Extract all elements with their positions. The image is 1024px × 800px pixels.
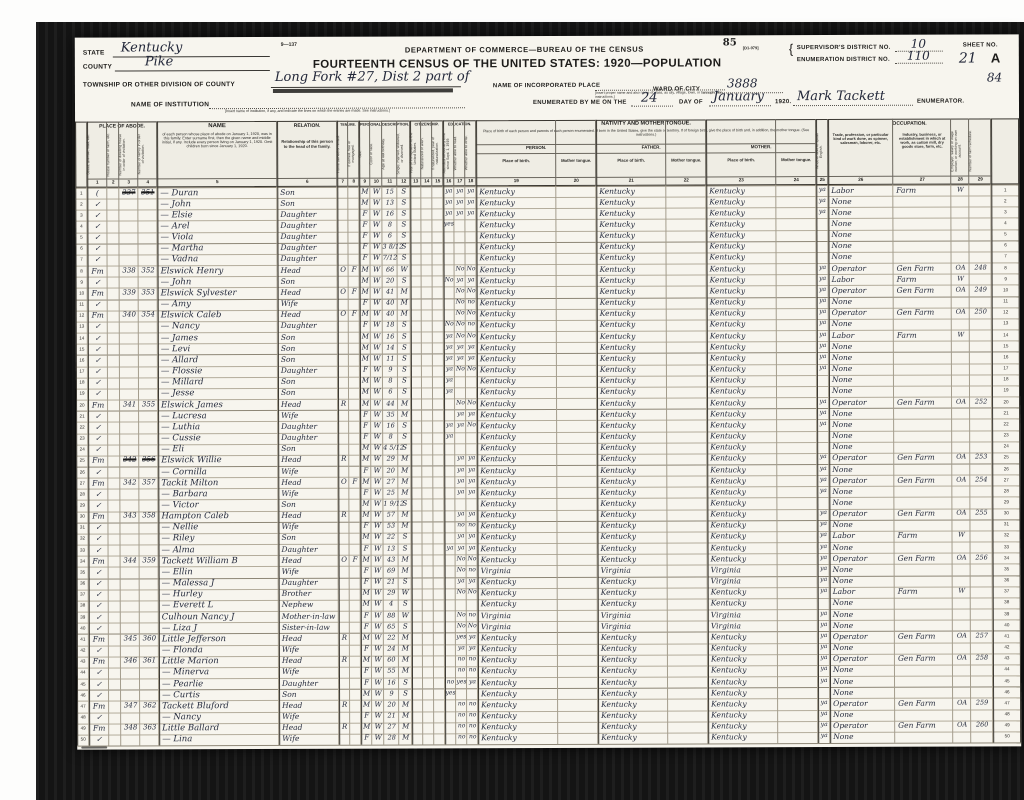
cell-en: ya: [817, 353, 829, 364]
cell-rd: ya: [455, 488, 466, 499]
cell-ag: 9: [383, 366, 398, 377]
cell-mb: Kentucky: [706, 219, 779, 230]
cell-mb: Kentucky: [707, 520, 780, 531]
cell-n_r: 20: [992, 399, 1020, 410]
cell-wr: ya: [465, 198, 476, 209]
cell-mk: ✓: [88, 378, 108, 389]
cell-sx: F: [361, 578, 372, 589]
cell-fb: Kentucky: [598, 666, 671, 677]
cell-ml: M: [398, 511, 411, 522]
cell-en: ya: [817, 453, 829, 464]
cell-sc: ya: [444, 377, 455, 388]
cell-mb: Kentucky: [708, 733, 781, 744]
cell-sx: F: [360, 522, 371, 533]
cell-pb: Kentucky: [477, 376, 560, 387]
cell-n_l: 26: [76, 469, 88, 480]
cell-fb: Virginia: [598, 610, 671, 621]
cell-ag: 15: [382, 187, 397, 198]
cell-n_r: 31: [992, 522, 1020, 533]
cell-nm: — Viola: [157, 232, 280, 244]
cell-rc: W: [371, 533, 383, 544]
cell-ml: M: [399, 566, 412, 577]
rotated-column-label: Number of dwelling house in order of vis…: [119, 131, 138, 177]
cell-fm: 249: [970, 285, 992, 296]
cell-nm: — Everett L: [159, 600, 282, 612]
cell-rl: Head: [279, 701, 342, 712]
township-note-smudge: [273, 88, 453, 93]
cell-sx: M: [360, 265, 371, 276]
cell-in_: Gen Farm: [895, 721, 956, 732]
cell-fam: 361: [140, 657, 159, 668]
cell-ag: 20: [383, 466, 398, 477]
cell-n_r: 19: [992, 388, 1020, 399]
cell-mk: (: [87, 188, 107, 199]
cell-in_: Gen Farm: [895, 553, 956, 564]
rotated-column-label: Number of family in order of visitation.: [138, 131, 157, 177]
cell-fam: 363: [140, 724, 159, 735]
cell-pb: Kentucky: [477, 276, 560, 287]
cell-en: ya: [817, 465, 829, 476]
cell-fb: Kentucky: [596, 186, 669, 197]
cell-rc: W: [372, 622, 384, 633]
cell-mb: Kentucky: [708, 654, 781, 665]
cell-nm: — Eli: [158, 444, 281, 456]
cell-n_l: 36: [77, 581, 89, 592]
cell-in_: Gen Farm: [894, 397, 955, 408]
cell-pb: Kentucky: [477, 443, 560, 454]
cell-mk: ✓: [88, 322, 108, 333]
cell-tr: None: [829, 498, 897, 509]
cell-mb: Kentucky: [707, 442, 780, 453]
cell-mk: Fm: [88, 512, 108, 523]
cell-n_r: 7: [992, 254, 1020, 265]
supervisors-label: SUPERVISOR'S DISTRICT NO.: [797, 45, 891, 51]
cell-in_: Gen Farm: [894, 453, 955, 464]
cell-fb: Kentucky: [598, 543, 671, 554]
cell-tr: Operator: [829, 308, 897, 319]
cell-wr: ya: [465, 187, 476, 198]
cell-rd: no: [456, 700, 467, 711]
cell-in_: Gen Farm: [894, 263, 955, 274]
cell-mb: Kentucky: [708, 587, 781, 598]
cell-en: ya: [816, 208, 828, 219]
cell-n_r: 29: [992, 499, 1020, 510]
cell-rl: Daughter: [278, 366, 341, 377]
cell-fb: Kentucky: [598, 588, 671, 599]
cell-mb: Kentucky: [707, 454, 780, 465]
cell-en: ya: [817, 509, 829, 520]
column-rule: [556, 186, 598, 744]
cell-rc: W: [371, 500, 383, 511]
cell-rc: W: [371, 455, 383, 466]
day-of-label: DAY OF: [679, 99, 703, 105]
cell-n_l: 13: [76, 324, 88, 335]
cell-wr: No: [467, 622, 478, 633]
cell-rd: ya: [455, 533, 466, 544]
cell-ag: 22: [384, 633, 399, 644]
cell-rc: W: [372, 678, 384, 689]
cell-pb: Kentucky: [477, 398, 560, 409]
cell-nm: Culhoun Nancy J: [159, 612, 282, 624]
cell-ag: 27: [384, 723, 399, 734]
cell-n_r: 40: [993, 622, 1021, 633]
cell-mb: Kentucky: [707, 264, 780, 275]
cell-sx: M: [359, 187, 370, 198]
cell-rc: W: [371, 265, 383, 276]
cell-ow: R: [338, 511, 349, 522]
cell-rc: W: [372, 734, 384, 745]
cell-sx: M: [361, 555, 372, 566]
cell-mb: Kentucky: [706, 230, 779, 241]
cell-ml: S: [398, 421, 411, 432]
cell-sc: yes: [445, 689, 456, 700]
cell-mb: Kentucky: [707, 320, 780, 331]
cell-tr: Labor: [829, 275, 897, 286]
cell-rc: W: [370, 198, 382, 209]
cell-rc: W: [371, 366, 383, 377]
cell-rc: W: [370, 221, 382, 232]
cell-n_r: 21: [992, 410, 1020, 421]
cell-ml: S: [397, 232, 410, 243]
cell-pb: Kentucky: [477, 454, 560, 465]
cell-em: OA: [952, 509, 970, 520]
cell-nm: — Ellin: [159, 567, 282, 579]
cell-pb: Kentucky: [478, 577, 561, 588]
cell-pb: Kentucky: [478, 644, 561, 655]
cell-in_: Gen Farm: [895, 698, 956, 709]
cell-wr: no: [467, 655, 478, 666]
cell-pb: Kentucky: [476, 198, 559, 209]
cell-sx: F: [360, 254, 371, 265]
cell-ag: 40: [383, 299, 398, 310]
cell-dw: 347: [121, 701, 140, 712]
cell-ml: S: [398, 388, 411, 399]
cell-ag: 43: [384, 555, 399, 566]
cell-ag: 28: [384, 734, 399, 745]
cell-en: ya: [818, 610, 830, 621]
cell-sc: ya: [444, 388, 455, 399]
cell-sx: M: [361, 589, 372, 600]
cell-rd: ya: [454, 187, 465, 198]
cell-wr: ya: [466, 510, 477, 521]
cell-mb: Virginia: [708, 565, 781, 576]
cell-ow: O: [339, 555, 350, 566]
cell-ml: M: [398, 466, 411, 477]
cell-fm: 253: [970, 453, 992, 464]
cell-ag: 29: [384, 589, 399, 600]
cell-pb: Kentucky: [477, 499, 560, 510]
cell-n_r: 3: [991, 209, 1019, 220]
cell-rl: Son: [278, 343, 341, 354]
birth-column-label: Place of birth.: [476, 158, 556, 163]
cell-mb: Kentucky: [708, 554, 781, 565]
cell-rl: Daughter: [277, 221, 340, 232]
cell-ow: R: [339, 723, 350, 734]
cell-n_r: 10: [992, 287, 1020, 298]
cell-sx: F: [361, 567, 372, 578]
cell-nm: Little Marion: [159, 656, 282, 668]
cell-n_r: 5: [991, 231, 1019, 242]
cell-pb: Kentucky: [478, 666, 561, 677]
cell-wr: No: [466, 365, 477, 376]
cell-pb: Kentucky: [477, 465, 560, 476]
cell-fb: Kentucky: [597, 398, 670, 409]
cell-ml: M: [399, 656, 412, 667]
cell-sx: F: [360, 366, 371, 377]
cell-n_l: 24: [76, 447, 88, 458]
cell-n_r: 14: [992, 332, 1020, 343]
cell-fb: Kentucky: [596, 242, 669, 253]
cell-ow: O: [338, 310, 349, 321]
cell-en: ya: [818, 543, 830, 554]
cell-n_r: 9: [992, 276, 1020, 287]
cell-n_l: 23: [76, 436, 88, 447]
cell-n_l: 9: [76, 279, 88, 290]
cell-ml: M: [398, 410, 411, 421]
cell-rl: Daughter: [279, 678, 342, 689]
cell-fb: Kentucky: [598, 677, 671, 688]
cell-sx: M: [360, 477, 371, 488]
cell-en: ya: [818, 710, 830, 721]
cell-mk: ✓: [88, 501, 108, 512]
cell-tr: Operator: [829, 475, 897, 486]
cell-dw: 342: [120, 456, 139, 467]
cell-mk: ✓: [87, 244, 107, 255]
cell-rc: W: [371, 343, 383, 354]
cell-tr: None: [829, 420, 897, 431]
cell-mk: ✓: [89, 713, 109, 724]
cell-wr: No: [466, 332, 477, 343]
cell-mb: Kentucky: [707, 387, 780, 398]
cell-pb: Kentucky: [478, 633, 561, 644]
cell-nm: Elswick Willie: [158, 455, 281, 467]
cell-rl: Head: [278, 288, 341, 299]
cell-sc: ya: [444, 432, 455, 443]
cell-n_l: 31: [76, 525, 88, 536]
cell-sx: F: [360, 321, 371, 332]
cell-nm: Elswick Caleb: [158, 310, 281, 322]
cell-mb: Kentucky: [708, 699, 781, 710]
cell-n_r: 41: [993, 633, 1021, 644]
column-rule: [666, 185, 708, 743]
cell-fam: 356: [139, 456, 158, 467]
cell-mb: Kentucky: [706, 186, 779, 197]
cell-n_l: 27: [76, 480, 88, 491]
cell-dw: 345: [121, 634, 140, 645]
cell-fam: 354: [139, 311, 158, 322]
cell-en: ya: [817, 487, 829, 498]
cell-tr: None: [829, 252, 897, 263]
cell-tr: Operator: [830, 699, 898, 710]
footer-print-smudge: [81, 747, 107, 749]
cell-dw: 342: [120, 478, 139, 489]
cell-rl: Son: [278, 500, 341, 511]
cell-mk: ✓: [89, 612, 109, 623]
cell-wr: no: [467, 667, 478, 678]
cell-mb: Kentucky: [707, 286, 780, 297]
cell-ag: 53: [383, 522, 398, 533]
cell-tr: None: [828, 219, 896, 230]
cell-tr: Labor: [830, 587, 898, 598]
cell-rc: W: [371, 522, 383, 533]
cell-rc: W: [371, 477, 383, 488]
cell-nm: Tackett Bluford: [159, 701, 282, 713]
cell-ml: S: [399, 622, 412, 633]
cell-rl: Daughter: [278, 433, 341, 444]
township-label: TOWNSHIP OR OTHER DIVISION OF COUNTY: [83, 81, 235, 89]
cell-mb: Kentucky: [708, 710, 781, 721]
cell-rd: ya: [455, 455, 466, 466]
cell-fb: Kentucky: [597, 420, 670, 431]
cell-ag: 1 9/12: [383, 499, 398, 510]
cell-en: ya: [818, 654, 830, 665]
cell-dw: 340: [120, 311, 139, 322]
cell-ag: 11: [383, 354, 398, 365]
cell-mg: F: [349, 288, 360, 299]
cell-sc: ya: [445, 544, 456, 555]
cell-n_l: 39: [77, 614, 89, 625]
cell-sx: M: [360, 455, 371, 466]
cell-mk: ✓: [87, 199, 107, 210]
cell-tr: Labor: [829, 531, 897, 542]
cell-tr: None: [828, 208, 896, 219]
cell-wr: ya: [467, 544, 478, 555]
cell-mg: F: [350, 555, 361, 566]
cell-sx: M: [360, 276, 371, 287]
cell-mk: ✓: [88, 467, 108, 478]
cell-en: ya: [817, 342, 829, 353]
cell-ml: S: [398, 254, 411, 265]
cell-nm: — Arel: [157, 221, 280, 233]
cell-fb: Kentucky: [597, 532, 670, 543]
cell-sx: M: [360, 388, 371, 399]
cell-mb: Kentucky: [708, 599, 781, 610]
cell-nm: — Lucresa: [158, 411, 281, 423]
cell-fb: Kentucky: [597, 465, 670, 476]
cell-pb: Kentucky: [477, 432, 560, 443]
cell-nm: Tackett William B: [159, 556, 282, 568]
cell-n_l: 46: [77, 692, 89, 703]
cell-rl: Head: [279, 555, 342, 566]
cell-mb: Kentucky: [707, 398, 780, 409]
cell-nm: — Malessa J: [159, 578, 282, 590]
cell-ow: R: [339, 634, 350, 645]
cell-en: ya: [818, 677, 830, 688]
cell-rc: W: [371, 354, 383, 365]
cell-ag: 13: [384, 544, 399, 555]
rotated-column-label: Number of farm schedule.: [969, 127, 991, 174]
cell-fb: Kentucky: [598, 554, 671, 565]
cell-en: ya: [818, 721, 830, 732]
cell-n_r: 39: [993, 611, 1021, 622]
cell-rd: ya: [455, 410, 466, 421]
cell-fb: Kentucky: [596, 220, 669, 231]
cell-n_r: 47: [993, 700, 1021, 711]
cell-tr: Operator: [830, 721, 898, 732]
cell-fm: 255: [970, 509, 992, 520]
cell-sx: M: [361, 723, 372, 734]
cell-sx: M: [360, 288, 371, 299]
cell-mk: ✓: [88, 534, 108, 545]
birth-column-label: Mother tongue.: [776, 157, 816, 162]
cell-wr: No: [467, 555, 478, 566]
cell-tr: Operator: [829, 453, 897, 464]
cell-mk: ✓: [88, 255, 108, 266]
cell-pb: Kentucky: [476, 209, 559, 220]
cell-rl: Wife: [278, 466, 341, 477]
doc-ref: [D1-979]: [743, 45, 759, 50]
cell-pb: Kentucky: [476, 186, 559, 197]
cell-ag: 8: [383, 433, 398, 444]
cell-rd: no: [456, 667, 467, 678]
cell-n_r: 11: [992, 298, 1020, 309]
cell-in_: Gen Farm: [894, 286, 955, 297]
cell-nm: — Lina: [159, 734, 282, 746]
cell-rc: W: [372, 567, 384, 578]
cell-rl: Son: [278, 276, 341, 287]
cell-mb: Virginia: [708, 621, 781, 632]
cell-en: ya: [817, 409, 829, 420]
cell-en: ya: [817, 476, 829, 487]
rotated-column-label: Whether able to write.: [465, 130, 476, 176]
cell-en: ya: [817, 520, 829, 531]
cell-fam: 355: [139, 400, 158, 411]
cell-mb: Kentucky: [707, 465, 780, 476]
cell-rc: W: [372, 656, 384, 667]
cell-pb: Kentucky: [478, 544, 561, 555]
cell-fb: Kentucky: [598, 722, 671, 733]
cell-dw: 339: [120, 288, 139, 299]
cell-fb: Virginia: [598, 621, 671, 632]
cell-wr: ya: [465, 209, 476, 220]
cell-rl: Sister-in-law: [279, 622, 342, 633]
cell-rl: Daughter: [278, 321, 341, 332]
cell-n_l: 32: [77, 536, 89, 547]
cell-em: W: [953, 587, 971, 598]
cell-mb: Kentucky: [707, 275, 780, 286]
cell-fb: Kentucky: [598, 577, 671, 588]
cell-ag: 16: [384, 678, 399, 689]
cell-ag: 60: [384, 656, 399, 667]
cell-n_l: 35: [77, 570, 89, 581]
cell-em: OA: [952, 308, 970, 319]
cell-pb: Kentucky: [478, 655, 561, 666]
cell-n_l: 45: [77, 681, 89, 692]
cell-pb: Kentucky: [477, 354, 560, 365]
cell-mg: F: [349, 477, 360, 488]
cell-wr: ya: [466, 466, 477, 477]
cell-mk: Fm: [88, 266, 108, 277]
cell-mk: Fm: [89, 634, 109, 645]
cell-fam: 360: [140, 634, 159, 645]
cell-wr: ya: [466, 488, 477, 499]
cell-rl: Head: [278, 455, 341, 466]
cell-sx: F: [360, 488, 371, 499]
cell-ow: O: [338, 265, 349, 276]
cell-fb: Kentucky: [598, 699, 671, 710]
cell-pb: Kentucky: [477, 253, 560, 264]
cell-ow: R: [339, 701, 350, 712]
cell-dw: 337: [119, 188, 138, 199]
cell-ag: 16: [383, 421, 398, 432]
cell-pb: Kentucky: [478, 711, 561, 722]
cell-tr: None: [829, 297, 897, 308]
cell-tr: None: [830, 732, 898, 743]
cell-mb: Kentucky: [707, 253, 780, 264]
cell-mb: Kentucky: [707, 297, 780, 308]
cell-mb: Kentucky: [707, 409, 780, 420]
cell-n_r: 27: [992, 477, 1020, 488]
